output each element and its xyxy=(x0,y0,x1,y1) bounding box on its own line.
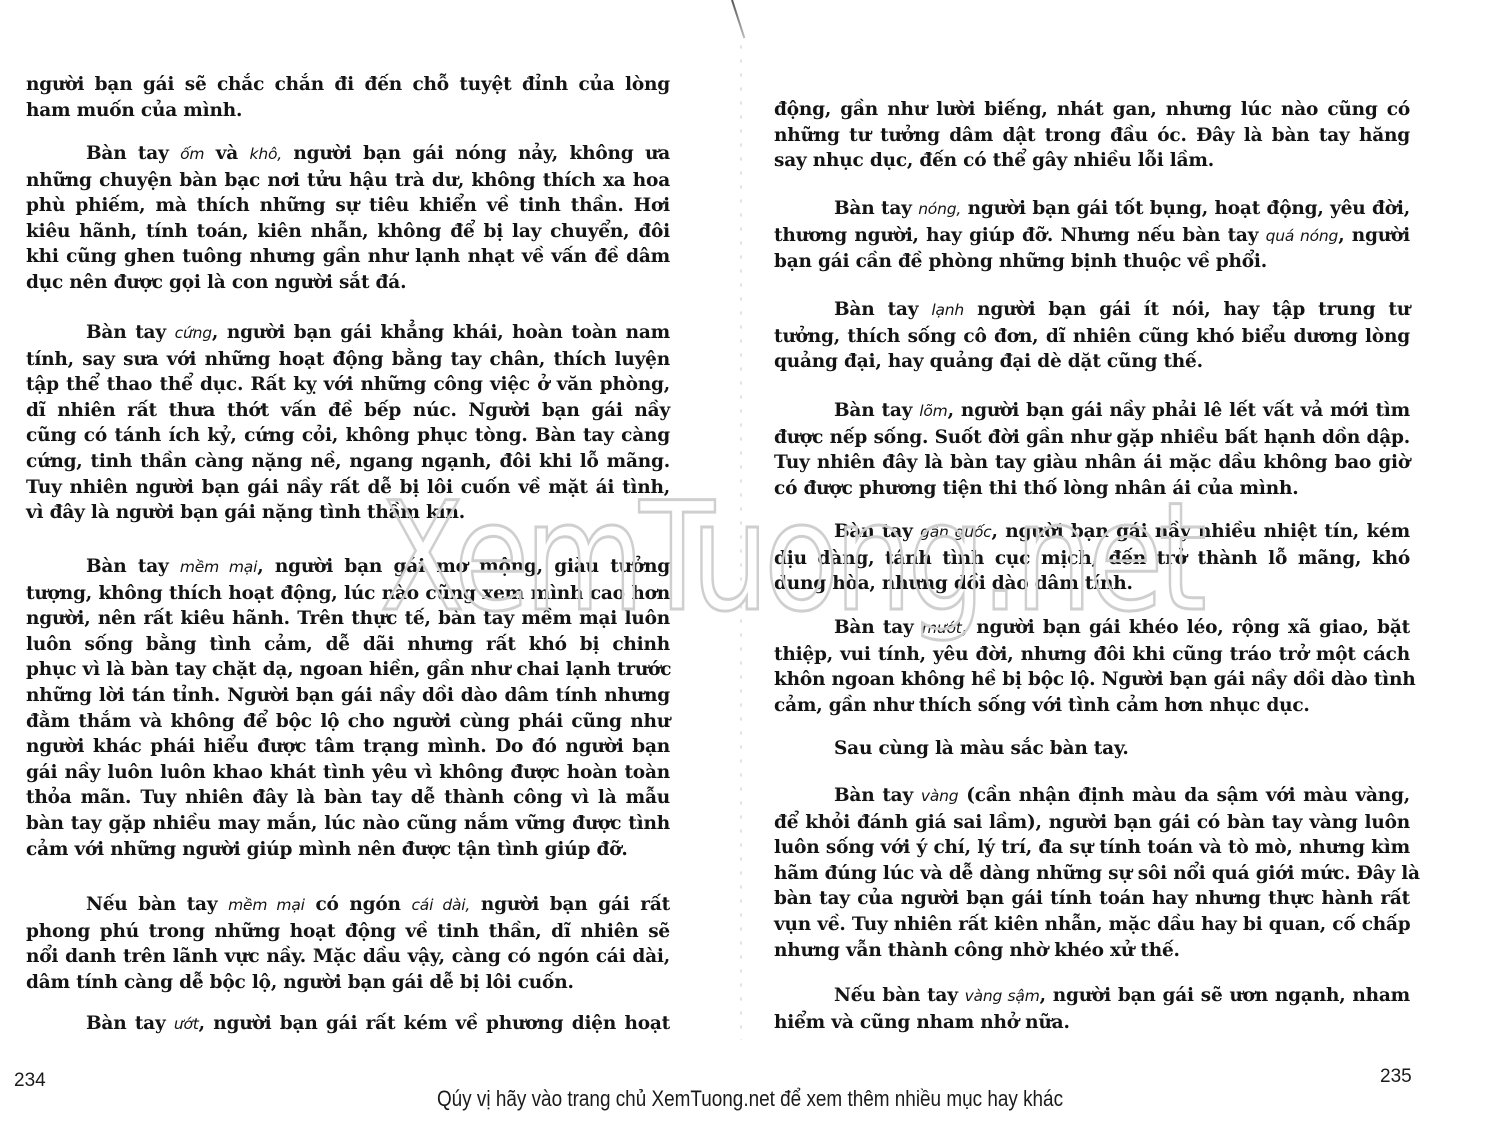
keyword: mềm mại xyxy=(180,558,257,576)
keyword: mướt xyxy=(922,619,962,637)
paragraph-lanh: Bàn tay lạnh người bạn gái ít nói, hay t… xyxy=(774,297,1410,375)
text-line: thỏa mãn. Tuy nhiên đây là bàn tay dễ th… xyxy=(26,785,670,811)
book-gutter-noise xyxy=(738,40,746,1040)
text-line: cứng, tinh thần càng nặng nề, ngang ngạn… xyxy=(26,449,670,475)
text-line: kiêu hãnh, tính toán, kiên nhẫn, không đ… xyxy=(26,219,670,245)
text-line: Nếu bàn tay mềm mại có ngón cái dài, ngư… xyxy=(26,892,670,919)
text-line: được nếp sống. Suốt đời gần như gặp nhiề… xyxy=(774,425,1410,451)
paragraph-vang-sam: Nếu bàn tay vàng sậm, người bạn gái sẽ ư… xyxy=(774,983,1410,1035)
text-line: thương người, hay giúp đỡ. Nhưng nếu bàn… xyxy=(774,223,1410,250)
paragraph-om-kho: Bàn tay ốm và khô, người bạn gái nóng nả… xyxy=(26,141,670,296)
text-line: dịu dàng, tánh tình cục mịch, đến trở th… xyxy=(774,546,1410,572)
text-line: động, gần như lười biếng, nhát gan, nhưn… xyxy=(774,97,1410,123)
paragraph-mem-mai: Bàn tay mềm mại, người bạn gái mơ mộng, … xyxy=(26,554,670,862)
keyword: vàng xyxy=(921,787,959,805)
keyword: lõm xyxy=(919,402,947,420)
paragraph-uot: Bàn tay ướt, người bạn gái rất kém về ph… xyxy=(26,1011,670,1038)
page-number-right: 235 xyxy=(1380,1066,1412,1088)
text-line: vì đây là người bạn gái nặng tình thầm k… xyxy=(26,500,670,526)
text-line: thiệp, vui tính, yêu đời, nhưng đôi khi … xyxy=(774,642,1410,668)
text-line: vụn về. Tuy nhiên rất kiên nhẫn, mặc dầu… xyxy=(774,912,1410,938)
text-line: cũng có tánh ích kỷ, cứng cỏi, không phụ… xyxy=(26,423,670,449)
text-line: Bàn tay mềm mại, người bạn gái mơ mộng, … xyxy=(26,554,670,581)
text-line: đằm thắm và không để bộc lộ cho người cù… xyxy=(26,709,670,735)
text-line: say nhục dục, đến có thể gây nhiều lỗi l… xyxy=(774,148,1410,174)
text-line: có được phương tiện thi thố lòng nhân ái… xyxy=(774,476,1410,502)
text-line: tính, say sưa với những hoạt động bằng t… xyxy=(26,347,670,373)
text-line: cảm, gần như thích sống với tình cảm hơn… xyxy=(774,693,1410,719)
text-line: Bàn tay lõm, người bạn gái nầy phải lê l… xyxy=(774,398,1410,425)
keyword: cái dài, xyxy=(411,896,470,914)
text-line: hiểm và cũng nham nhở nữa. xyxy=(774,1010,1410,1036)
keyword: vàng sậm xyxy=(965,987,1040,1005)
text-line: Bàn tay ốm và khô, người bạn gái nóng nả… xyxy=(26,141,670,168)
text-line: khôn ngoan không hề bị bộc lộ. Người bạn… xyxy=(774,667,1410,693)
text-line: ham muốn của mình. xyxy=(26,98,670,124)
text-line: Bàn tay ướt, người bạn gái rất kém về ph… xyxy=(26,1011,670,1038)
text-line: những tư tưởng dâm dật trong đầu óc. Đây… xyxy=(774,123,1410,149)
text-line: những lời tán tỉnh. Người bạn gái nầy dồ… xyxy=(26,683,670,709)
text-line: Tuy nhiên đây là bàn tay giàu nhân ái mặ… xyxy=(774,450,1410,476)
page-number-left: 234 xyxy=(14,1070,46,1092)
text-line: Sau cùng là màu sắc bàn tay. xyxy=(774,736,1410,762)
text-line: phục vì là bàn tay chặt dạ, ngoan hiền, … xyxy=(26,657,670,683)
keyword: nóng, xyxy=(918,200,961,218)
text-line: cảm với những người giúp mình nên được t… xyxy=(26,837,670,863)
footer-link-text: Qúy vị hãy vào trang chủ XemTuong.net để… xyxy=(105,1086,1395,1112)
text-line: người khác phái hiểu được tâm trạng mình… xyxy=(26,734,670,760)
paragraph-gan-guoc: Bàn tay gân guốc, người bạn gái nầy nhiề… xyxy=(774,519,1410,597)
text-line: nổi danh trên lãnh vực nầy. Mặc dầu vậy,… xyxy=(26,944,670,970)
text-line: để khỏi đánh giá sai lầm), người bạn gái… xyxy=(774,810,1410,836)
paragraph: động, gần như lười biếng, nhát gan, nhưn… xyxy=(774,97,1410,174)
paragraph-vang: Bàn tay vàng (cần nhận định màu da sậm v… xyxy=(774,783,1410,963)
text-line: dĩ nhiên rất thưa thớt vấn đề bếp núc. N… xyxy=(26,398,670,424)
paragraph-mem-mai-ngon-cai: Nếu bàn tay mềm mại có ngón cái dài, ngư… xyxy=(26,892,670,995)
text-line: luôn sống bằng tình cảm, dễ dãi nhưng rấ… xyxy=(26,632,670,658)
paragraph-mau-sac: Sau cùng là màu sắc bàn tay. xyxy=(774,736,1410,762)
keyword: quá nóng xyxy=(1266,227,1339,245)
paragraph-nong: Bàn tay nóng, người bạn gái tốt bụng, ho… xyxy=(774,196,1410,275)
keyword: lạnh xyxy=(931,301,964,319)
text-line: dung hòa, nhưng dồi dào dâm tính. xyxy=(774,571,1410,597)
keyword: mềm mại xyxy=(228,896,305,914)
text-line: Bàn tay mướt, người bạn gái khéo léo, rộ… xyxy=(774,615,1410,642)
keyword: cứng xyxy=(175,324,212,342)
text-line: nhưng vẫn thành công nhờ khéo xử thế. xyxy=(774,938,1410,964)
text-line: quảng đại, hay quảng đại dè dặt cũng thế… xyxy=(774,349,1410,375)
text-line: tập thể thao thể dục. Rất kỵ với những c… xyxy=(26,372,670,398)
paragraph-cung: Bàn tay cứng, người bạn gái khẳng khái, … xyxy=(26,320,670,526)
book-spine-mark xyxy=(731,0,745,38)
text-line: dục nên được gọi là con người sắt đá. xyxy=(26,270,670,296)
text-line: bàn tay của người bạn gái tính toán hay … xyxy=(774,886,1410,912)
text-line: tượng, không thích hoạt động, lúc nào cũ… xyxy=(26,581,670,607)
paragraph: người bạn gái sẽ chắc chắn đi đến chỗ tu… xyxy=(26,72,670,123)
text-line: khi cũng ghen tuông nhưng gần như lạnh n… xyxy=(26,244,670,270)
text-line: tưởng, thích sống cô đơn, dĩ nhiên cũng … xyxy=(774,324,1410,350)
text-line: Bàn tay nóng, người bạn gái tốt bụng, ho… xyxy=(774,196,1410,223)
text-line: người bạn gái sẽ chắc chắn đi đến chỗ tu… xyxy=(26,72,670,98)
text-line: những chuyện bàn bạc nơi tửu hậu trà dư,… xyxy=(26,168,670,194)
keyword: gân guốc xyxy=(920,523,991,541)
text-line: hãm đúng lúc và dễ dàng những sự sôi nổi… xyxy=(774,861,1410,887)
text-line: bàn tay gặp nhiều may mắn, lúc nào cũng … xyxy=(26,811,670,837)
text-line: luôn sống với ý chí, lý trí, đa sự tính … xyxy=(774,835,1410,861)
text-line: Bàn tay vàng (cần nhận định màu da sậm v… xyxy=(774,783,1410,810)
text-line: Tuy nhiên người bạn gái nầy rất dễ bị lô… xyxy=(26,475,670,501)
paragraph-lom: Bàn tay lõm, người bạn gái nầy phải lê l… xyxy=(774,398,1410,501)
text-line: gái nầy luôn luôn khao khát tình yêu vì … xyxy=(26,760,670,786)
keyword: ướt xyxy=(174,1015,199,1033)
text-line: người, nên rất kiêu hãnh. Trên thực tế, … xyxy=(26,606,670,632)
text-line: phù phiếm, mà thích những sự tiêu khiển … xyxy=(26,193,670,219)
text-line: Nếu bàn tay vàng sậm, người bạn gái sẽ ư… xyxy=(774,983,1410,1010)
paragraph-muot: Bàn tay mướt, người bạn gái khéo léo, rộ… xyxy=(774,615,1410,718)
text-line: dâm tính càng dễ bộc lộ, người bạn gái d… xyxy=(26,970,670,996)
text-line: Bàn tay gân guốc, người bạn gái nầy nhiề… xyxy=(774,519,1410,546)
text-line: Bàn tay lạnh người bạn gái ít nói, hay t… xyxy=(774,297,1410,324)
text-line: bạn gái cần đề phòng những bịnh thuộc về… xyxy=(774,249,1410,275)
keyword: khô, xyxy=(250,145,282,163)
text-line: Bàn tay cứng, người bạn gái khẳng khái, … xyxy=(26,320,670,347)
text-line: phong phú trong những hoạt động về tinh … xyxy=(26,919,670,945)
keyword: ốm xyxy=(180,145,204,163)
